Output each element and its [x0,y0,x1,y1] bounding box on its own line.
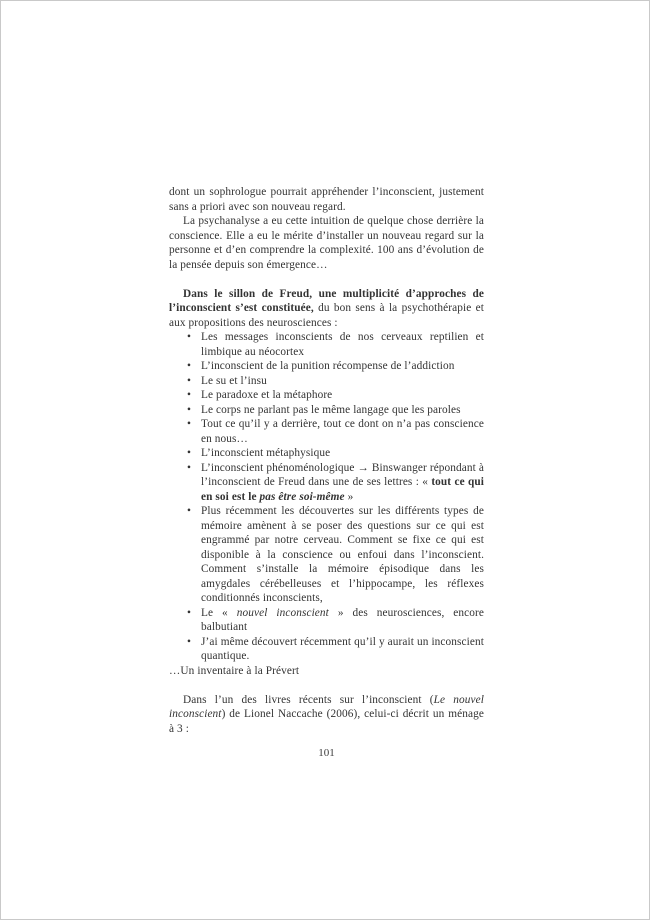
bullet-icon: • [187,635,201,664]
closing-paragraph: Dans l’un des livres récents sur l’incon… [169,693,484,737]
bullet-text: Le paradoxe et la métaphore [201,388,484,403]
bullet-text-bold-italic-run: pas être soi-même [260,491,345,503]
list-item: • L’inconscient de la punition récompens… [169,359,484,374]
bullet-text: Le su et l’insu [201,374,484,389]
bullet-icon: • [187,330,201,359]
bullet-icon: • [187,461,201,505]
page-number: 101 [169,747,484,759]
bullet-icon: • [187,403,201,418]
list-item: • Le paradoxe et la métaphore [169,388,484,403]
bullet-text: Tout ce qu’il y a derrière, tout ce dont… [201,417,484,446]
page-text: dont un sophrologue pourrait appréhender… [169,185,484,736]
inventory-line: …Un inventaire à la Prévert [169,664,484,679]
bullet-text: Le « nouvel inconscient » des neuroscien… [201,606,484,635]
bullet-text: Le corps ne parlant pas le même langage … [201,403,484,418]
bullet-text: Plus récemment les découvertes sur les d… [201,504,484,606]
paragraph-psychanalyse: La psychanalyse a eu cette intuition de … [169,214,484,272]
list-item: • Le « nouvel inconscient » des neurosci… [169,606,484,635]
bullet-icon: • [187,446,201,461]
list-item: • Les messages inconscients de nos cerve… [169,330,484,359]
bullet-text: L’inconscient phénoménologique → Binswan… [201,461,484,505]
bullet-text-italic-run: nouvel inconscient [237,607,329,619]
list-item: • Le corps ne parlant pas le même langag… [169,403,484,418]
bullet-icon: • [187,388,201,403]
heading-paragraph: Dans le sillon de Freud, une multiplicit… [169,287,484,331]
list-item: • L’inconscient phénoménologique → Binsw… [169,461,484,505]
bullet-icon: • [187,504,201,606]
bullet-icon: • [187,374,201,389]
bullet-icon: • [187,606,201,635]
bullet-text-run: Le « [201,607,237,619]
list-item: • Tout ce qu’il y a derrière, tout ce do… [169,417,484,446]
bullet-icon: • [187,359,201,374]
list-item: • Plus récemment les découvertes sur les… [169,504,484,606]
bullet-text: L’inconscient métaphysique [201,446,484,461]
list-item: • Le su et l’insu [169,374,484,389]
bullet-text: J’ai même découvert récemment qu’il y au… [201,635,484,664]
bullet-text: Les messages inconscients de nos cerveau… [201,330,484,359]
bullet-text-run: » [345,491,354,503]
list-item: • J’ai même découvert récemment qu’il y … [169,635,484,664]
bullet-icon: • [187,417,201,446]
paragraph-continuation: dont un sophrologue pourrait appréhender… [169,185,484,214]
bullet-text: L’inconscient de la punition récompense … [201,359,484,374]
document-page: dont un sophrologue pourrait appréhender… [0,0,650,920]
closing-text-run: Dans l’un des livres récents sur l’incon… [183,694,434,706]
bullet-list: • Les messages inconscients de nos cerve… [169,330,484,664]
list-item: • L’inconscient métaphysique [169,446,484,461]
